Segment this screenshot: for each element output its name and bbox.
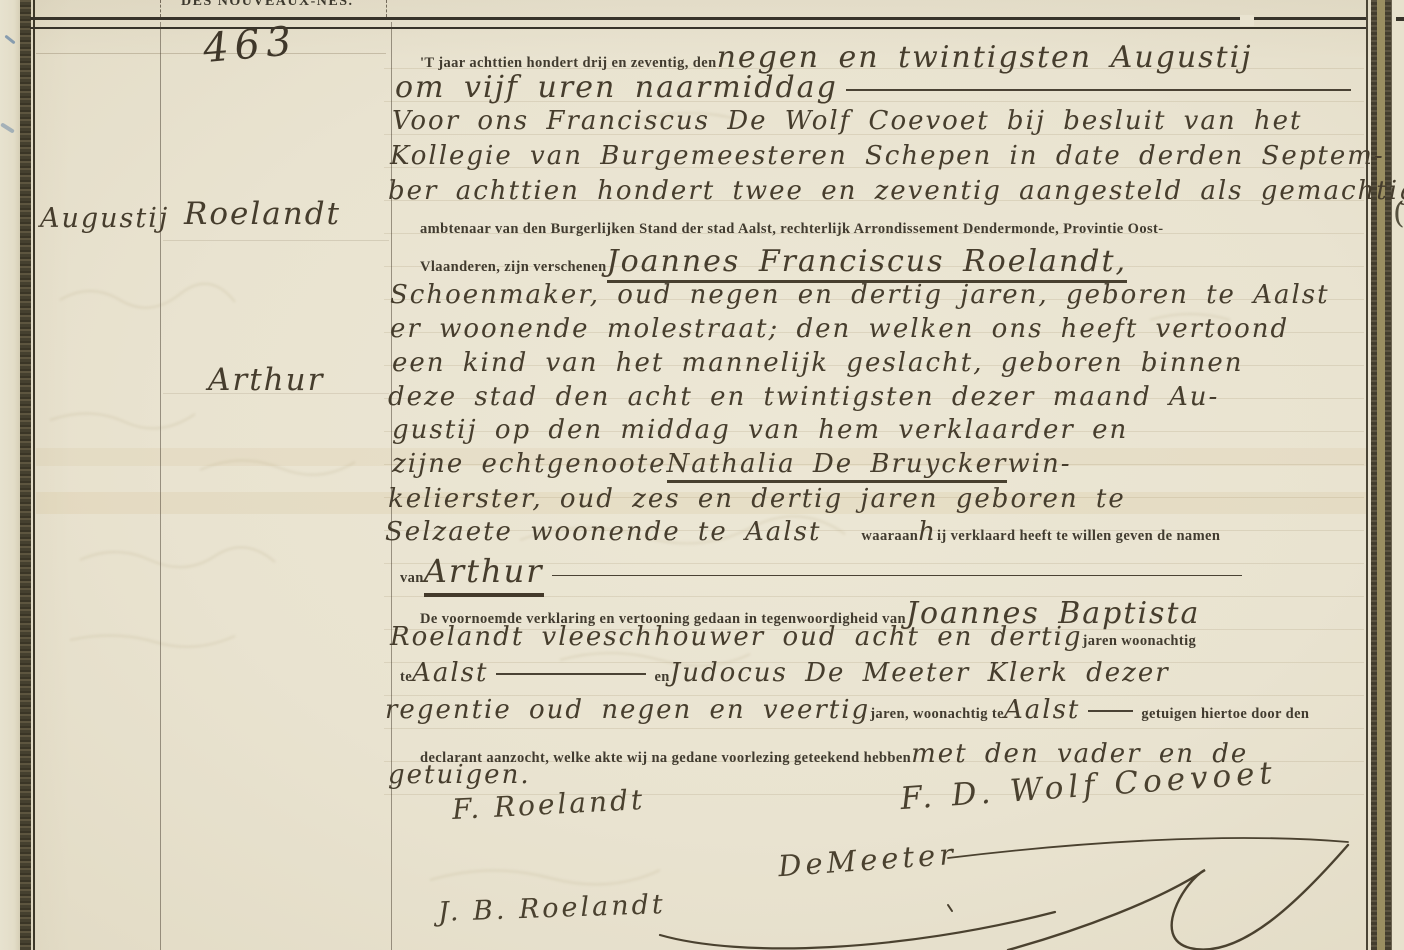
handwritten-text: Judocus De Meeter Klerk dezer bbox=[670, 658, 1170, 688]
act-text-line: ber achttien hondert twee en zeventig aa… bbox=[388, 176, 1404, 206]
header-column-tick bbox=[160, 0, 162, 17]
handwritten-text: om vijf uren naarmiddag bbox=[395, 70, 838, 105]
margin-given-name: Arthur bbox=[208, 362, 324, 398]
printed-text: te bbox=[400, 669, 412, 686]
fill-rule bbox=[1088, 710, 1133, 712]
act-text-line: Selzaete woonende te Aalstwaaraanhij ver… bbox=[385, 517, 1220, 547]
handwritten-text: Aalst bbox=[412, 658, 488, 688]
printed-text: ij verklaard heeft te willen geven de na… bbox=[937, 528, 1220, 545]
handwritten-text: getuigen. bbox=[388, 760, 531, 790]
act-text-line: gustij op den middag van hem verklaarder… bbox=[392, 415, 1128, 445]
handwritten-text: kelierster, oud zes en dertig jaren gebo… bbox=[388, 484, 1126, 514]
printed-text: ambtenaar van den Burgerlijken Stand der… bbox=[420, 221, 1164, 238]
handwritten-text: win- bbox=[1007, 449, 1071, 479]
handwritten-text: h bbox=[918, 517, 937, 547]
handwritten-text: een kind van het mannelijk geslacht, geb… bbox=[392, 348, 1244, 378]
printed-text: getuigen hiertoe door den bbox=[1141, 706, 1309, 723]
handwritten-text: Schoenmaker, oud negen en dertig jaren, … bbox=[390, 280, 1330, 310]
left-binding-border bbox=[20, 0, 31, 950]
act-text-line: Vlaanderen, zijn verschenen Joannes Fran… bbox=[420, 244, 1127, 283]
act-text-line: regentie oud negen en veertigjaren, woon… bbox=[385, 695, 1309, 725]
act-text-line: Voor ons Franciscus De Wolf Coevoet bij … bbox=[392, 106, 1302, 136]
signature-witness-1: J. B. Roelandt bbox=[438, 889, 667, 928]
act-text-line: kelierster, oud zes en dertig jaren gebo… bbox=[388, 484, 1126, 514]
act-text-line: te Aalsten Judocus De Meeter Klerk dezer bbox=[400, 658, 1170, 688]
margin-surname: Roelandt bbox=[184, 196, 341, 232]
handwritten-text: er woonende molestraat; den welken ons h… bbox=[390, 314, 1289, 344]
handwritten-text: Aalst bbox=[1004, 695, 1080, 725]
handwritten-text: regentie oud negen en veertig bbox=[385, 695, 870, 725]
fill-rule bbox=[496, 673, 646, 675]
printed-text: van bbox=[400, 570, 424, 587]
act-text-line: deze stad den acht en twintigsten dezer … bbox=[388, 382, 1219, 412]
printed-text: waaraan bbox=[861, 528, 918, 545]
handwritten-text: Voor ons Franciscus De Wolf Coevoet bij … bbox=[392, 106, 1302, 136]
act-text-line: een kind van het mannelijk geslacht, geb… bbox=[392, 348, 1244, 378]
act-text-line: van Arthur bbox=[400, 552, 1250, 597]
handwritten-text: Kollegie van Burgemeesteren Schepen in d… bbox=[390, 141, 1385, 171]
handwritten-text: Arthur bbox=[424, 552, 544, 597]
signature-witness-2: DeMeeter bbox=[777, 837, 958, 883]
left-border-line bbox=[33, 0, 35, 950]
margin-column-divider bbox=[160, 22, 161, 950]
act-text-line: er woonende molestraat; den welken ons h… bbox=[390, 314, 1289, 344]
handwritten-text: Selzaete woonende te Aalst bbox=[385, 517, 821, 547]
act-text-line: zijne echtgenoote Nathalia De Bruycker w… bbox=[392, 449, 1072, 483]
fill-rule bbox=[552, 575, 1242, 576]
handwritten-text: ber achttien hondert twee en zeventig aa… bbox=[388, 176, 1404, 206]
act-text-line: getuigen. bbox=[388, 760, 531, 790]
margin-month: Augustij bbox=[40, 203, 169, 234]
printed-text: en bbox=[654, 669, 669, 686]
adjacent-page-rule bbox=[1396, 17, 1404, 21]
act-text-line: Kollegie van Burgemeesteren Schepen in d… bbox=[390, 141, 1385, 171]
act-text-line: Schoenmaker, oud negen en dertig jaren, … bbox=[390, 280, 1330, 310]
act-number: 463 bbox=[201, 18, 299, 72]
header-rule-break bbox=[1240, 15, 1254, 26]
fill-rule bbox=[846, 89, 1351, 91]
printed-text: jaren woonachtig bbox=[1083, 633, 1197, 650]
handwritten-text: Roelandt vleeschhouwer oud acht en derti… bbox=[390, 622, 1083, 652]
handwritten-text: Joannes Franciscus Roelandt, bbox=[607, 244, 1128, 283]
faint-row-line bbox=[163, 240, 389, 241]
act-text-line: Roelandt vleeschhouwer oud acht en derti… bbox=[390, 622, 1196, 652]
printed-text: Vlaanderen, zijn verschenen bbox=[420, 259, 607, 276]
page-edge bbox=[0, 0, 20, 950]
printed-text: jaren, woonachtig te bbox=[870, 706, 1004, 723]
handwritten-text: gustij op den middag van hem verklaarder… bbox=[392, 415, 1128, 445]
adjacent-page-sliver bbox=[1391, 0, 1404, 950]
act-text-line: om vijf uren naarmiddag bbox=[395, 70, 1359, 105]
handwritten-text: deze stad den acht en twintigsten dezer … bbox=[388, 382, 1219, 412]
register-column-title: DES NOUVEAUX-NÉS. bbox=[181, 0, 354, 10]
handwritten-text: zijne echtgenoote bbox=[392, 449, 667, 479]
act-text-line: ambtenaar van den Burgerlijken Stand der… bbox=[420, 221, 1164, 238]
header-column-tick bbox=[386, 0, 388, 17]
handwritten-text: Nathalia De Bruycker bbox=[667, 449, 1008, 483]
birth-register-page: ( DES NOUVEAUX-NÉS. 463 Augustij Roeland… bbox=[0, 0, 1404, 950]
